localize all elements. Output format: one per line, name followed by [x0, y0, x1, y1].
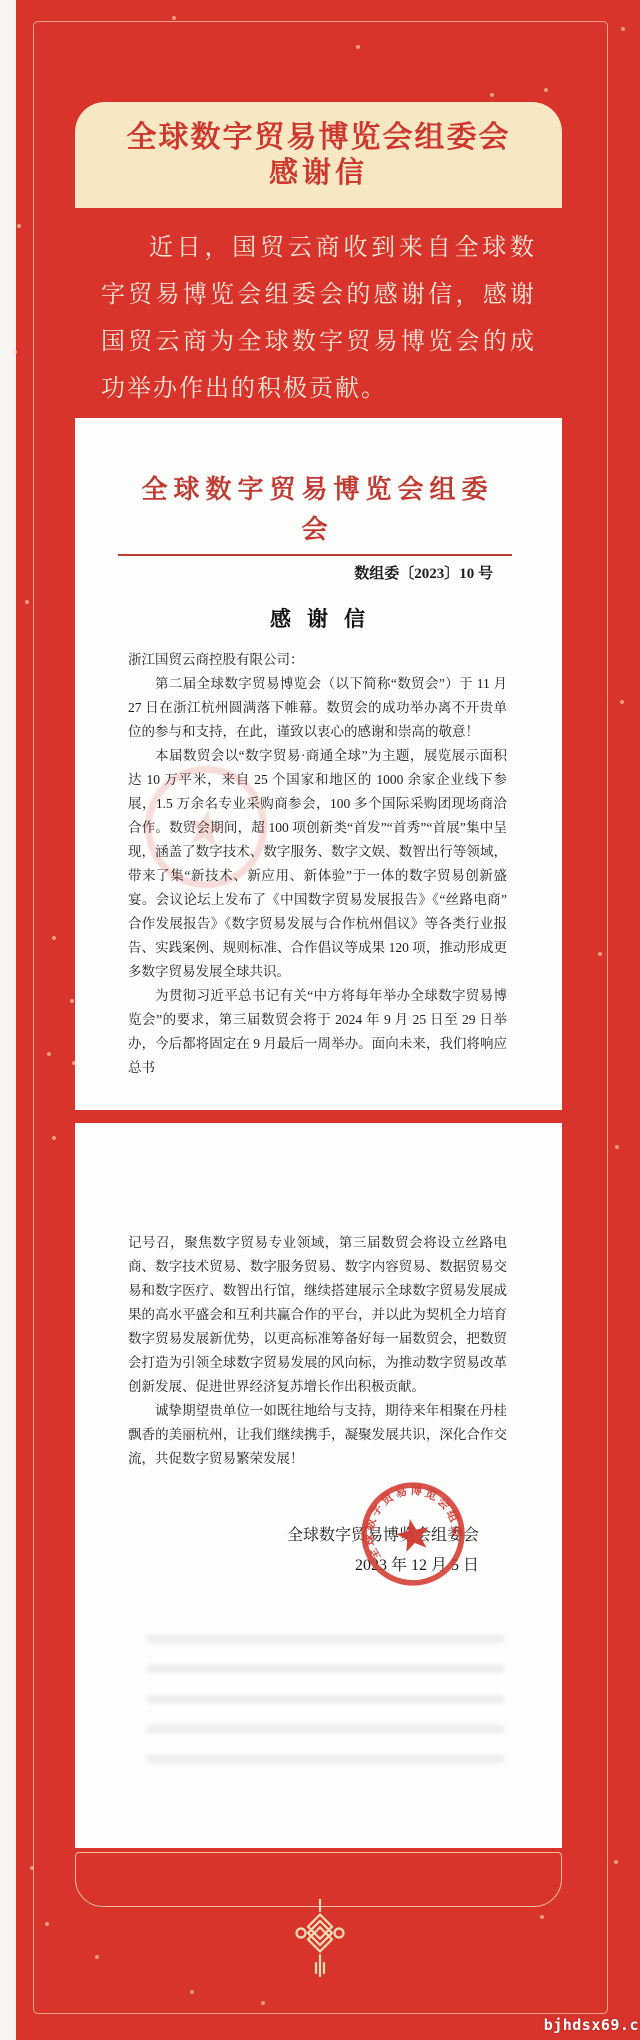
page-divider [75, 1110, 562, 1123]
banner-title: 全球数字贸易博览会组委会 [127, 123, 511, 153]
banner-subtitle: 感谢信 [269, 159, 368, 188]
letter-page-1: 全球数字贸易博览会组委会 数组委〔2023〕10 号 感谢信 浙江国贸云商控股有… [75, 418, 562, 1110]
paragraph-4-continued: 记号召，聚焦数字贸易专业领域，第三届数贸会将设立丝路电商、数字技术贸易、数字服务… [128, 1231, 507, 1399]
intro-panel: 近日，国贸云商收到来自全球数字贸易博览会组委会的感谢信，感谢国贸云商为全球数字贸… [75, 208, 562, 418]
letterhead: 全球数字贸易博览会组委会 [128, 470, 507, 550]
paragraph-1: 第二届全球数字贸易博览会（以下简称“数贸会”）于 11 月 27 日在浙江杭州圆… [128, 672, 507, 744]
content-card: 全球数字贸易博览会组委会 感谢信 近日，国贸云商收到来自全球数字贸易博览会组委会… [75, 102, 562, 1848]
letter-body-2: 记号召，聚焦数字贸易专业领域，第三届数贸会将设立丝路电商、数字技术贸易、数字服务… [128, 1231, 507, 1471]
signature-block: 全球数字贸易博览会组委会 2023 年 12 月 5 日 [128, 1521, 507, 1581]
ghost-bleed-through [147, 1635, 504, 1767]
page-background: 全球数字贸易博览会组委会 感谢信 近日，国贸云商收到来自全球数字贸易博览会组委会… [0, 0, 640, 2040]
letter-page-2: 记号召，聚焦数字贸易专业领域，第三届数贸会将设立丝路电商、数字技术贸易、数字服务… [75, 1123, 562, 1848]
signature-date: 2023 年 12 月 5 日 [128, 1551, 479, 1581]
paragraph-2: 本届数贸会以“数字贸易·商通全球”为主题，展览展示面积达 10 万平米，来自 2… [128, 744, 507, 984]
letter-title: 感谢信 [128, 604, 507, 634]
doc-number: 数组委〔2023〕10 号 [128, 564, 507, 584]
signature-org: 全球数字贸易博览会组委会 [128, 1521, 479, 1551]
chinese-knot-icon [294, 1899, 346, 1981]
watermark: bjhdsx69.c [544, 2016, 639, 2034]
banner: 全球数字贸易博览会组委会 感谢信 [75, 102, 562, 208]
paragraph-5: 诚挚期望贵单位一如既往地给与支持，期待来年相聚在丹桂飘香的美丽杭州，让我们继续携… [128, 1399, 507, 1471]
letter-body-1: 浙江国贸云商控股有限公司： 第二届全球数字贸易博览会（以下简称“数贸会”）于 1… [128, 648, 507, 1080]
intro-text: 近日，国贸云商收到来自全球数字贸易博览会组委会的感谢信，感谢国贸云商为全球数字贸… [101, 234, 536, 402]
confetti-decoration [0, 0, 4, 4]
paragraph-3: 为贯彻习近平总书记有关“中方将每年举办全球数字贸易博览会”的要求，第三届数贸会将… [128, 984, 507, 1080]
left-edge-strip [0, 0, 16, 2040]
salutation: 浙江国贸云商控股有限公司： [128, 648, 507, 672]
letterhead-rule [118, 554, 512, 556]
